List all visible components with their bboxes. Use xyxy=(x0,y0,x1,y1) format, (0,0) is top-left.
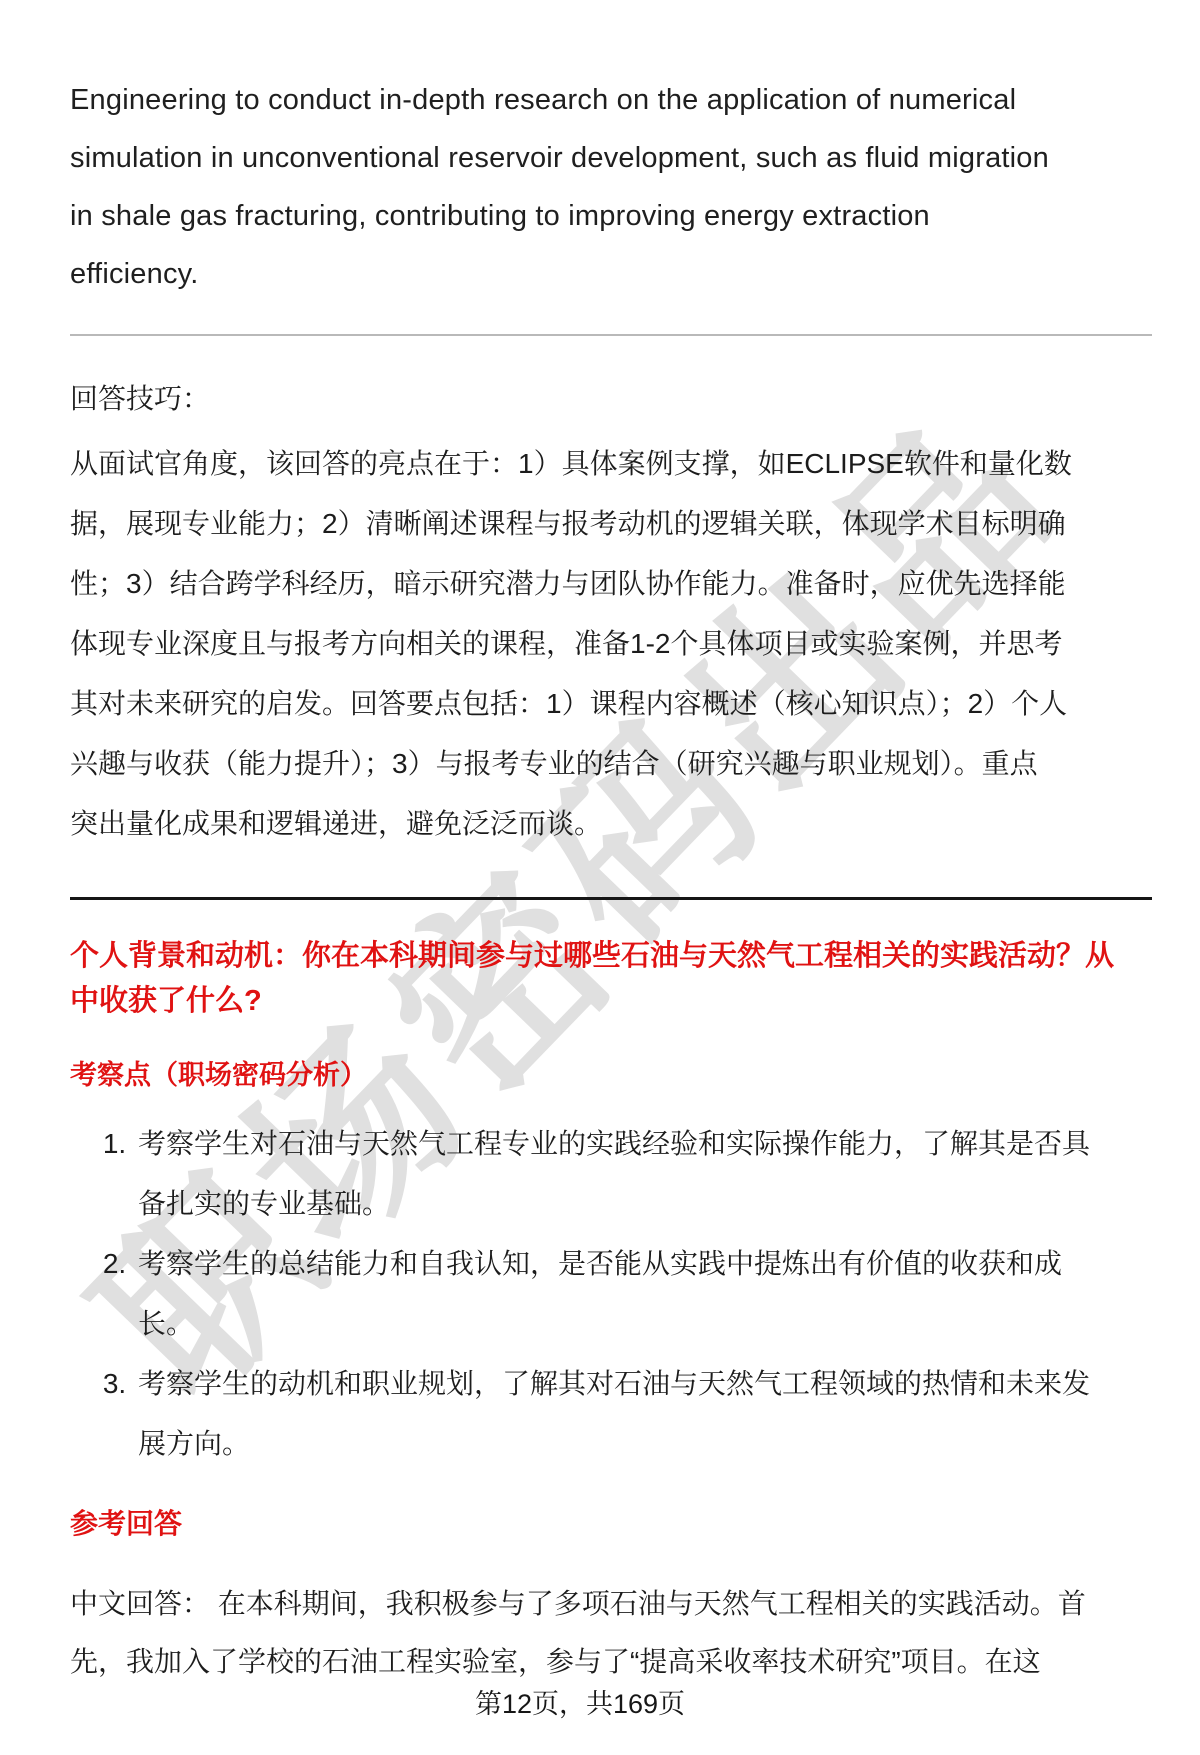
question-heading: 个人背景和动机：你在本科期间参与过哪些石油与天然气工程相关的实践活动？从 中收获… xyxy=(70,934,1152,1024)
answer-paragraph: 中文回答： 在本科期间，我积极参与了多项石油与天然气工程相关的实践活动。首 先，… xyxy=(70,1575,1152,1691)
page-number: 第12页，共169页 xyxy=(0,1684,1160,1724)
tips-paragraph: 从面试官角度，该回答的亮点在于：1）具体案例支撑，如ECLIPSE软件和量化数 … xyxy=(70,434,1152,854)
section-divider-dark xyxy=(70,897,1152,900)
assessment-point: 考察学生的动机和职业规划，了解其对石油与天然气工程领域的热情和未来发 展方向。 xyxy=(134,1354,1152,1474)
tips-label: 回答技巧： xyxy=(70,369,1152,429)
document-page: 职场密码出品 Engineering to conduct in-depth r… xyxy=(0,0,1200,1755)
assessment-point: 考察学生对石油与天然气工程专业的实践经验和实际操作能力，了解其是否具 备扎实的专… xyxy=(134,1114,1152,1234)
page-content: Engineering to conduct in-depth research… xyxy=(70,0,1152,1691)
section-divider-light xyxy=(70,334,1152,336)
assessment-points-list: 考察学生对石油与天然气工程专业的实践经验和实际操作能力，了解其是否具 备扎实的专… xyxy=(70,1114,1152,1474)
answer-heading: 参考回答 xyxy=(70,1503,1152,1545)
assessment-heading: 考察点（职场密码分析） xyxy=(70,1055,1152,1095)
assessment-point: 考察学生的总结能力和自我认知，是否能从实践中提炼出有价值的收获和成 长。 xyxy=(134,1234,1152,1354)
english-paragraph: Engineering to conduct in-depth research… xyxy=(70,71,1152,303)
